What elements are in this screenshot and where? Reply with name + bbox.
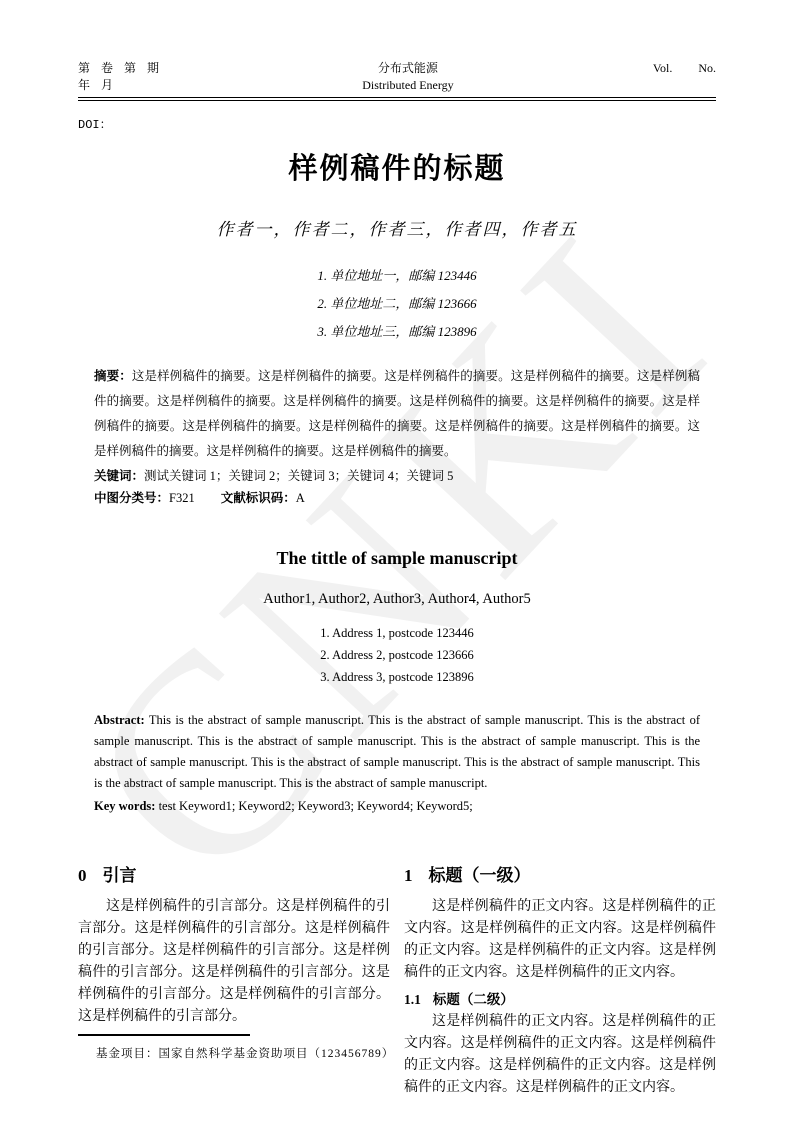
abstract-en-label: Abstract:: [94, 713, 145, 727]
affiliation-en-2: 2. Address 2, postcode 123666: [78, 644, 716, 666]
footnote-rule: [78, 1034, 250, 1036]
clc-line: 中图分类号：F321文献标识码：A: [78, 489, 716, 508]
section-1-paragraph: 这是样例稿件的正文内容。这是样例稿件的正文内容。这是样例稿件的正文内容。这是样例…: [404, 896, 716, 984]
no-label: No.: [698, 61, 716, 75]
journal-header: 第 卷 第 期 年 月 分布式能源 Distributed Energy Vol…: [78, 0, 716, 94]
keywords-cn-text: 测试关键词 1；关键词 2；关键词 3；关键词 4；关键词 5: [144, 469, 453, 483]
affiliation-cn-2: 2. 单位地址二，邮编 123666: [78, 290, 716, 318]
issue-line2: 年 月: [78, 77, 163, 94]
doi-line: DOI：: [78, 115, 716, 132]
issue-line1: 第 卷 第 期: [78, 60, 163, 77]
abstract-en: Abstract: This is the abstract of sample…: [78, 710, 716, 794]
keywords-en-text: test Keyword1; Keyword2; Keyword3; Keywo…: [159, 799, 473, 813]
clc-value: F321: [169, 491, 195, 505]
funding-note: 基金项目：国家自然科学基金资助项目（123456789）: [78, 1045, 716, 1061]
authors-cn: 作者一，作者二，作者三，作者四，作者五: [78, 215, 716, 240]
doc-code-label: 文献标识码：: [221, 491, 296, 505]
abstract-cn-label: 摘要：: [94, 369, 132, 383]
volume-info: Vol.No.: [653, 60, 716, 94]
clc-label: 中图分类号：: [94, 491, 169, 505]
section-number: 0: [78, 866, 87, 885]
section-heading-intro: 0引言: [78, 861, 390, 886]
section-number: 1: [404, 866, 413, 885]
affiliation-cn-3: 3. 单位地址三，邮编 123896: [78, 318, 716, 346]
footnote: 基金项目：国家自然科学基金资助项目（123456789）: [78, 1034, 716, 1061]
journal-name: 分布式能源 Distributed Energy: [362, 60, 453, 94]
affiliation-en-1: 1. Address 1, postcode 123446: [78, 622, 716, 644]
journal-name-en: Distributed Energy: [362, 77, 453, 94]
left-column: 0引言 这是样例稿件的引言部分。这是样例稿件的引言部分。这是样例稿件的引言部分。…: [78, 861, 390, 1099]
section-title: 引言: [103, 866, 137, 885]
affiliation-cn-1: 1. 单位地址一，邮编 123446: [78, 262, 716, 290]
article-title-cn: 样例稿件的标题: [78, 146, 716, 187]
abstract-en-text: This is the abstract of sample manuscrip…: [94, 713, 700, 790]
authors-en: Author1, Author2, Author3, Author4, Auth…: [78, 591, 716, 608]
subsection-number: 1.1: [404, 992, 421, 1007]
article-title-en: The tittle of sample manuscript: [78, 548, 716, 569]
affiliations-en: 1. Address 1, postcode 123446 2. Address…: [78, 622, 716, 688]
subsection-title: 标题（二级）: [433, 992, 514, 1007]
body-columns: 0引言 这是样例稿件的引言部分。这是样例稿件的引言部分。这是样例稿件的引言部分。…: [78, 861, 716, 1099]
doc-code-value: A: [296, 491, 305, 505]
section-heading-1-1: 1.1标题（二级）: [404, 988, 716, 1008]
header-double-rule: [78, 97, 716, 101]
affiliations-cn: 1. 单位地址一，邮编 123446 2. 单位地址二，邮编 123666 3.…: [78, 262, 716, 346]
abstract-cn-text: 这是样例稿件的摘要。这是样例稿件的摘要。这是样例稿件的摘要。这是样例稿件的摘要。…: [94, 369, 700, 458]
manuscript-page: CNKI 第 卷 第 期 年 月 分布式能源 Distributed Energ…: [0, 0, 794, 1123]
affiliation-en-3: 3. Address 3, postcode 123896: [78, 666, 716, 688]
right-column: 1标题（一级） 这是样例稿件的正文内容。这是样例稿件的正文内容。这是样例稿件的正…: [404, 861, 716, 1099]
journal-name-cn: 分布式能源: [362, 60, 453, 77]
keywords-cn: 关键词：测试关键词 1；关键词 2；关键词 3；关键词 4；关键词 5: [78, 467, 716, 486]
vol-label: Vol.: [653, 61, 672, 75]
issue-info: 第 卷 第 期 年 月: [78, 60, 163, 94]
page-content: 第 卷 第 期 年 月 分布式能源 Distributed Energy Vol…: [0, 0, 794, 1099]
intro-paragraph: 这是样例稿件的引言部分。这是样例稿件的引言部分。这是样例稿件的引言部分。这是样例…: [78, 896, 390, 1028]
abstract-cn: 摘要：这是样例稿件的摘要。这是样例稿件的摘要。这是样例稿件的摘要。这是样例稿件的…: [78, 364, 716, 464]
section-title: 标题（一级）: [429, 866, 531, 885]
keywords-en-label: Key words:: [94, 799, 155, 813]
keywords-en: Key words: test Keyword1; Keyword2; Keyw…: [78, 796, 716, 817]
keywords-cn-label: 关键词：: [94, 469, 144, 483]
section-heading-1: 1标题（一级）: [404, 861, 716, 886]
